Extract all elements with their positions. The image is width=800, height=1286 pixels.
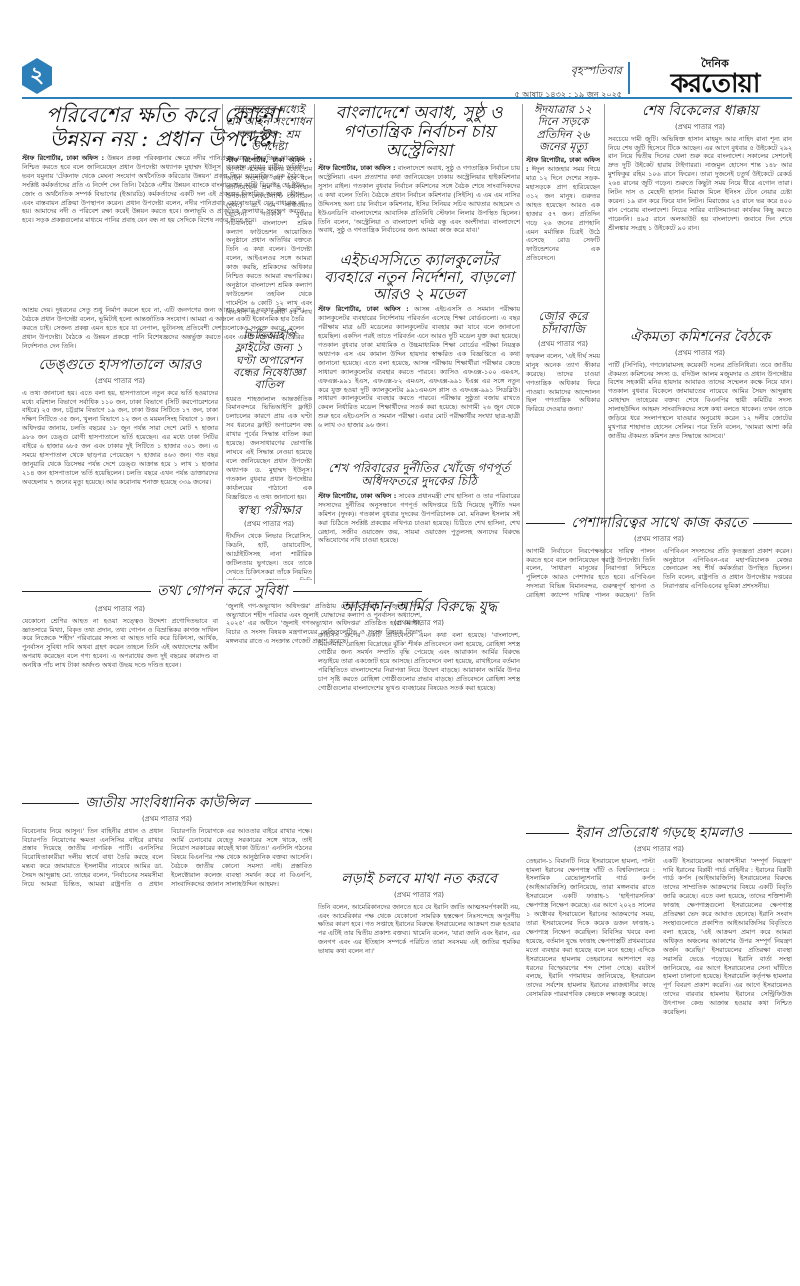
column-divider	[222, 104, 223, 584]
newspaper-logo: দৈনিক করতোয়া	[640, 58, 790, 98]
article-afternoon: শেষ বিকেলের ধাক্কায় (প্রথম পাতার পর) সব…	[608, 104, 792, 325]
ruled-headline: পেশাদারিত্বের সাথে কাজ করতে	[526, 516, 792, 532]
headline: আরাকান আর্মির বিরুদ্ধে যুদ্ধ	[318, 600, 520, 616]
ruled-headline: জাতীয় সাংবিধানিক কাউন্সিল	[22, 796, 312, 812]
article-body: হযরত শাহজালাল আন্তর্জাতিক বিমানবন্দরে ভি…	[226, 395, 312, 503]
rule-line	[22, 591, 151, 592]
continued-label: (প্রথম পাতার পর)	[318, 889, 520, 901]
headline: ভিভিআইপি ফ্লাইটের জন্য ১ ঘণ্টা অপারেশন ব…	[226, 330, 312, 392]
date: ৫ আষাঢ় ১৪৩২ : ১৯ জুন ২০২৫	[515, 89, 622, 102]
headline: পেশাদারিত্বের সাথে কাজ করতে	[571, 516, 746, 532]
masthead-rule	[22, 97, 792, 99]
article-body: যেকোনো শ্রেণির আহত না হওয়া সত্ত্বেও উদ্…	[22, 617, 218, 797]
article-body: ক্রাইসিস গ্রুপের একটি প্রতিবেদনে এমন কথা…	[318, 631, 520, 881]
ruled-headline: তথ্য গোপন করে সুবিধা	[22, 584, 422, 600]
headline: জাতীয় সাংবিধানিক কাউন্সিল	[85, 796, 249, 812]
byline: স্টাফ রিপোর্টার, ঢাকা অফিস :	[318, 492, 396, 500]
body-text: আসন্ন এইচএসসি ও সমমান পরীক্ষায় ক্যালকুল…	[318, 305, 520, 429]
ruled-headline: ইরান প্রতিরোধ গড়ছে হামলাও	[526, 826, 792, 842]
column-divider	[314, 104, 315, 584]
rule-line	[22, 803, 79, 804]
masthead: ২ বৃহস্পতিবার ৫ আষাঢ় ১৪৩২ : ১৯ জুন ২০২৫…	[0, 0, 800, 100]
continued-label: (প্রথম পাতার পর)	[22, 375, 218, 387]
article-body: তেহরান-১ বিমানটি নিয়ে ইসরায়েলে হামলা, …	[526, 857, 655, 1257]
article-body: সবচেয়ে দামী জুটি। অভিষিক্ত হাসান মাহমুদ…	[608, 135, 792, 325]
headline: লড়াই চলবে মাথা নত করবে	[318, 872, 520, 888]
article-body: স্টাফ রিপোর্টার, ঢাকা অফিস : আগামী নভেম্…	[226, 156, 312, 316]
article-consensus: ঐকমত্য কমিশনের বৈঠকে (প্রথম পাতার পর) পা…	[608, 330, 792, 537]
article-body: বিবেচনায় নিয়ে আসুন।' তিন বাহিনীর প্রধা…	[22, 827, 312, 1286]
page-number: ২	[22, 60, 52, 92]
continued-label: (প্রথম পাতার পর)	[608, 121, 792, 133]
weekday: বৃহস্পতিবার	[515, 62, 622, 81]
headline: নভেম্বরের মধ্যেই শ্রম আইন সংশোধন করা হবে…	[226, 104, 312, 153]
article-vvip: ভিভিআইপি ফ্লাইটের জন্য ১ ঘণ্টা অপারেশন ব…	[226, 330, 312, 503]
logo-big-text: করতোয়া	[640, 70, 790, 98]
headline: তথ্য গোপন করে সুবিধা	[157, 584, 287, 600]
byline: স্টাফ রিপোর্টার, ঢাকা অফিস :	[318, 164, 396, 172]
article-australia: বাংলাদেশে অবাধ, সুষ্ঠু ও গণতান্ত্রিক নির…	[318, 104, 520, 270]
rule-line	[255, 803, 312, 804]
headline: শেষ বিকেলের ধাক্কায়	[608, 104, 792, 120]
rule-line	[526, 523, 565, 524]
article-body-cont: একটি ইসরায়েলের আকাশসীমা 'সম্পূর্ণ নিয়ন…	[663, 857, 792, 1257]
article-calculator: এইচএসসিতে ক্যালকুলেটর ব্যবহারে নতুন নির্…	[318, 252, 520, 475]
masthead-divider	[628, 62, 630, 94]
headline: ঐকমত্য কমিশনের বৈঠকে	[608, 330, 792, 346]
article-arakan: আরাকান আর্মির বিরুদ্ধে যুদ্ধ (প্রথম পাতা…	[318, 600, 520, 881]
rule-line	[526, 833, 569, 834]
body-text: বাংলাদেশে অবাধ, সুষ্ঠু ও গণতান্ত্রিক নির…	[318, 164, 520, 234]
headline: ঈদযাত্রার ১২ দিনে সড়কে প্রতিদিন ২৬ জনের…	[526, 104, 600, 153]
article-iran-resistance: ইরান প্রতিরোধ গড়ছে হামলাও (প্রথম পাতার …	[526, 826, 792, 1257]
continued-label: (প্রথম পাতার পর)	[526, 843, 792, 855]
continued-label: (প্রথম পাতার পর)	[526, 533, 792, 545]
body-text: ঈদুল আজহার সময় গিয়ে মাত্র ১২ দিনে দেশে…	[526, 165, 600, 262]
dateline: বৃহস্পতিবার ৫ আষাঢ় ১৪৩২ : ১৯ জুন ২০২৫	[515, 62, 622, 102]
article-body: স্টাফ রিপোর্টার, ঢাকা অফিস : সাবেক প্রধা…	[318, 492, 520, 572]
article-council: জাতীয় সাংবিধানিক কাউন্সিল (প্রথম পাতার …	[22, 796, 312, 1286]
continued-label: (প্রথম পাতার পর)	[318, 617, 520, 629]
headline: ইরান প্রতিরোধ গড়ছে হামলাও	[575, 826, 743, 842]
article-body: পার্টি (সিপিবি), গণফোরামসহ কয়েকটি দলের …	[608, 361, 792, 537]
continued-label: (প্রথম পাতার পর)	[526, 338, 600, 350]
continued-label: (প্রথম পাতার পর)	[22, 813, 312, 825]
article-body: এ তথ্য জানানো হয়। এতে বলা হয়, হাসপাতাল…	[22, 389, 218, 607]
article-dengue: ডেঙ্গুতে হাসপাতালে আরও (প্রথম পাতার পর) …	[22, 358, 218, 607]
byline: স্টাফ রিপোর্টার, ঢাকা অফিস :	[226, 156, 312, 164]
rule-line	[753, 523, 792, 524]
article-sheikh-family: শেখ পরিবারের দুর্নীতির খোঁজে গণপূর্ত অধি…	[318, 462, 520, 572]
rule-line	[749, 833, 792, 834]
headline: ডেঙ্গুতে হাসপাতালে আরও	[22, 358, 218, 374]
headline: এইচএসসিতে ক্যালকুলেটর ব্যবহারে নতুন নির্…	[318, 252, 520, 302]
article-fight: লড়াই চলবে মাথা নত করবে (প্রথম পাতার পর)…	[318, 872, 520, 1283]
column-divider	[604, 104, 605, 574]
headline: জোর করে চাঁদাবাজি	[526, 310, 600, 337]
continued-label: (প্রথম পাতার পর)	[608, 347, 792, 359]
article-eid-travel: ঈদযাত্রার ১২ দিনে সড়কে প্রতিদিন ২৬ জনের…	[526, 104, 600, 316]
continued-label: (প্রথম পাতার পর)	[22, 603, 218, 615]
byline: স্টাফ রিপোর্টার, ঢাকা অফিস :	[318, 305, 409, 313]
article-body: স্টাফ রিপোর্টার, ঢাকা অফিস : ঈদুল আজহার …	[526, 156, 600, 316]
body-text: আগামী নভেম্বর মাসের মধ্যেই শ্রম আইন সংশো…	[226, 165, 312, 316]
headline: শেখ পরিবারের দুর্নীতির খোঁজে গণপূর্ত অধি…	[318, 462, 520, 489]
continued-label: (প্রথম পাতার পর)	[226, 518, 312, 530]
rule-line	[293, 591, 422, 592]
article-body: আগামী নির্বাচনে নিরপেক্ষভাবে দায়িত্ব পা…	[526, 547, 792, 809]
byline: স্টাফ রিপোর্টার, ঢাকা অফিস :	[22, 154, 104, 162]
article-body: স্টাফ রিপোর্টার, ঢাকা অফিস : আসন্ন এইচএস…	[318, 305, 520, 475]
article-professional: পেশাদারিত্বের সাথে কাজ করতে (প্রথম পাতার…	[526, 516, 792, 809]
article-labour: নভেম্বরের মধ্যেই শ্রম আইন সংশোধন করা হবে…	[226, 104, 312, 316]
headline: বাংলাদেশে অবাধ, সুষ্ঠু ও গণতান্ত্রিক নির…	[318, 104, 520, 161]
article-health: স্বাস্থ্য পরীক্ষার (প্রথম পাতার পর) দীর্…	[226, 504, 312, 580]
column-divider	[522, 104, 523, 574]
headline: স্বাস্থ্য পরীক্ষার	[226, 504, 312, 517]
article-body: দীর্ঘদিন থেকে লিভার সিরোসিস, কিডনি, হার্…	[226, 532, 312, 580]
article-body: তিনি বলেন, আমেরিকানদের জানতে হবে যে ইরান…	[318, 903, 520, 1283]
